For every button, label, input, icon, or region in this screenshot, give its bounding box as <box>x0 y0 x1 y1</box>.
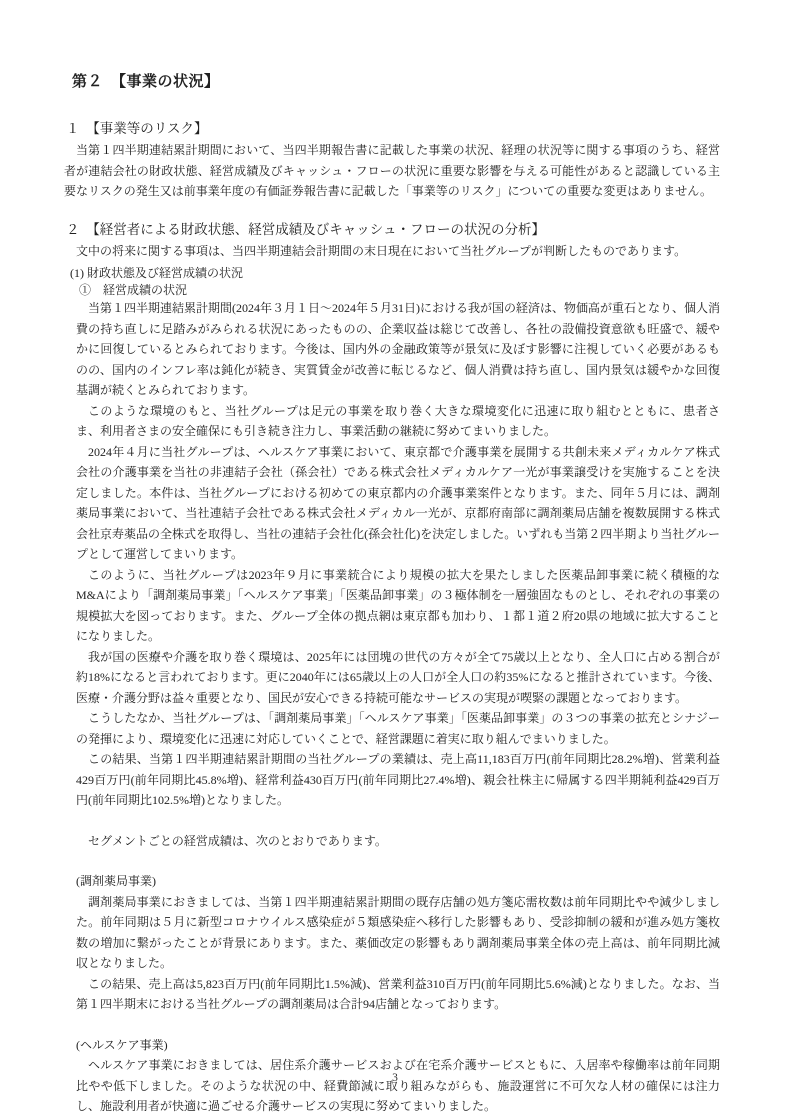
section-analysis-heading: ２ 【経営者による財政状態、経営成績及びキャッシュ・フローの状況の分析】 <box>66 218 720 238</box>
analysis-paragraph-aging-society: 我が国の医療や介護を取り巻く環境は、2025年には団塊の世代の方々が全て75歳以… <box>76 647 720 709</box>
page-footer: 3 <box>0 1068 790 1086</box>
segment-healthcare-title: (ヘルスケア事業) <box>76 1035 720 1056</box>
section-management-analysis: ２ 【経営者による財政状態、経営成績及びキャッシュ・フローの状況の分析】 文中の… <box>64 218 720 1117</box>
document-page: 第２ 【事業の状況】 １ 【事業等のリスク】 当第１四半期連結累計期間において、… <box>0 0 790 1118</box>
segment-pharmacy-paragraph-2: この結果、売上高は5,823百万円(前年同期比1.5%減)、営業利益310百万円… <box>76 974 720 1015</box>
chapter-heading: 第２ 【事業の状況】 <box>72 70 720 91</box>
section-business-risks: １ 【事業等のリスク】 当第１四半期連結累計期間において、当四半期報告書に記載し… <box>64 117 720 202</box>
segment-pharmacy-title: (調剤薬局事業) <box>76 871 720 892</box>
analysis-paragraph-initiatives: こうしたなか、当社グループは、「調剤薬局事業」「ヘルスケア事業」「医薬品卸事業」… <box>76 708 720 749</box>
analysis-paragraph-results: この結果、当第１四半期連結累計期間の当社グループの業績は、売上高11,183百万… <box>76 749 720 811</box>
page-number: 3 <box>392 1072 398 1084</box>
subsection-financial-position-heading: (1) 財政状態及び経営成績の状況 <box>70 264 720 281</box>
risk-paragraph: 当第１四半期連結累計期間において、当四半期報告書に記載した事業の状況、経理の状況… <box>64 140 720 202</box>
page-content: 第２ 【事業の状況】 １ 【事業等のリスク】 当第１四半期連結累計期間において、… <box>0 0 790 1117</box>
analysis-paragraph-group-response: このような環境のもと、当社グループは足元の事業を取り巻く大きな環境変化に迅速に取… <box>76 401 720 442</box>
analysis-paragraph-economy: 当第１四半期連結累計期間(2024年３月１日～2024年５月31日)における我が… <box>76 298 720 401</box>
segment-intro: セグメントごとの経営成績は、次のとおりであります。 <box>76 831 720 852</box>
operating-results-body: 当第１四半期連結累計期間(2024年３月１日～2024年５月31日)における我が… <box>76 298 720 1117</box>
analysis-intro-paragraph: 文中の将来に関する事項は、当四半期連結会計期間の末日現在において当社グループが判… <box>64 241 720 262</box>
segment-pharmacy-paragraph-1: 調剤薬局事業におきましては、当第１四半期連結累計期間の既存店舗の処方箋応需枚数は… <box>76 892 720 974</box>
analysis-paragraph-three-pillars: このように、当社グループは2023年９月に事業統合により規模の拡大を果たしました… <box>76 565 720 647</box>
subsection-operating-results-heading: ① 経営成績の状況 <box>79 281 720 298</box>
section-risk-heading: １ 【事業等のリスク】 <box>66 117 720 137</box>
analysis-paragraph-acquisitions: 2024年４月に当社グループは、ヘルスケア事業において、東京都で介護事業を展開す… <box>76 442 720 565</box>
